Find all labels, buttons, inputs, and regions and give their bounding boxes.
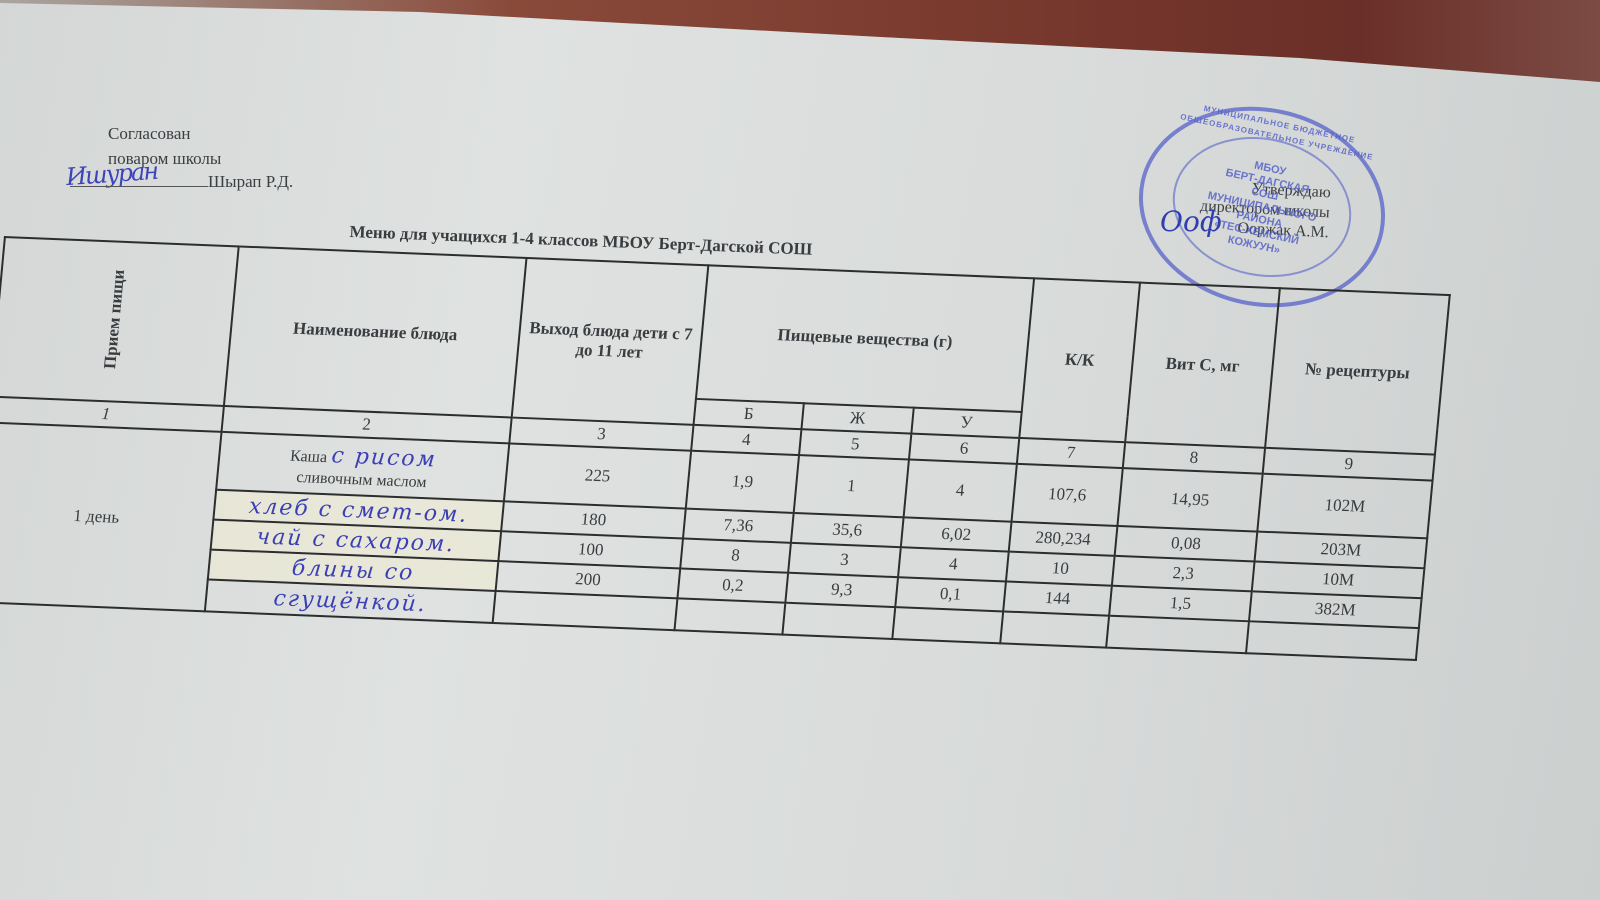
day-label: 1 день bbox=[0, 422, 222, 611]
protein-value: 1,9 bbox=[686, 451, 799, 513]
approval-left-line1: Согласован bbox=[108, 121, 221, 146]
fat-value: 3 bbox=[788, 543, 901, 577]
header-nutrients: Пищевые вещества (г) bbox=[696, 265, 1034, 412]
kcal-value bbox=[1000, 611, 1109, 647]
dish-yield: 225 bbox=[504, 443, 691, 508]
protein-value: 7,36 bbox=[683, 509, 794, 543]
fat-value: 1 bbox=[794, 455, 909, 517]
fat-value bbox=[782, 603, 895, 639]
carbs-value: 4 bbox=[898, 547, 1009, 581]
recipe-value: 102М bbox=[1257, 474, 1432, 539]
kcal-value: 10 bbox=[1006, 552, 1115, 586]
recipe-value bbox=[1246, 621, 1419, 660]
carbs-value bbox=[892, 607, 1003, 643]
document: Согласован поваром школы Ишуран Шырап Р.… bbox=[0, 0, 1600, 900]
kcal-value: 107,6 bbox=[1012, 464, 1123, 526]
carbs-value: 0,1 bbox=[895, 577, 1006, 611]
header-yield: Выход блюда дети с 7 до 11 лет bbox=[512, 258, 709, 425]
director-signature: Ооф bbox=[1160, 205, 1222, 238]
fat-value: 9,3 bbox=[785, 573, 898, 607]
vitc-value bbox=[1106, 616, 1249, 654]
fat-value: 35,6 bbox=[791, 513, 904, 547]
protein-value bbox=[674, 598, 785, 634]
menu-table: Прием пищи Наименование блюда Выход блюд… bbox=[0, 236, 1451, 661]
kcal-value: 280,234 bbox=[1009, 522, 1118, 556]
header-meal: Прием пищи bbox=[0, 237, 239, 406]
carbs-value: 4 bbox=[904, 459, 1017, 521]
signature-line bbox=[70, 186, 208, 187]
vitc-value: 14,95 bbox=[1117, 468, 1262, 531]
kcal-value: 144 bbox=[1003, 581, 1112, 615]
header-recipe: № рецептуры bbox=[1265, 288, 1450, 454]
carbs-value: 6,02 bbox=[901, 517, 1012, 551]
protein-value: 8 bbox=[680, 538, 791, 572]
header-kcal: К/К bbox=[1019, 278, 1140, 442]
cook-name: Шырап Р.Д. bbox=[208, 172, 293, 192]
protein-value: 0,2 bbox=[677, 568, 788, 602]
dish-yield bbox=[493, 591, 678, 630]
header-vitc: Вит С, мг bbox=[1125, 283, 1280, 448]
header-dish: Наименование блюда bbox=[224, 246, 527, 417]
